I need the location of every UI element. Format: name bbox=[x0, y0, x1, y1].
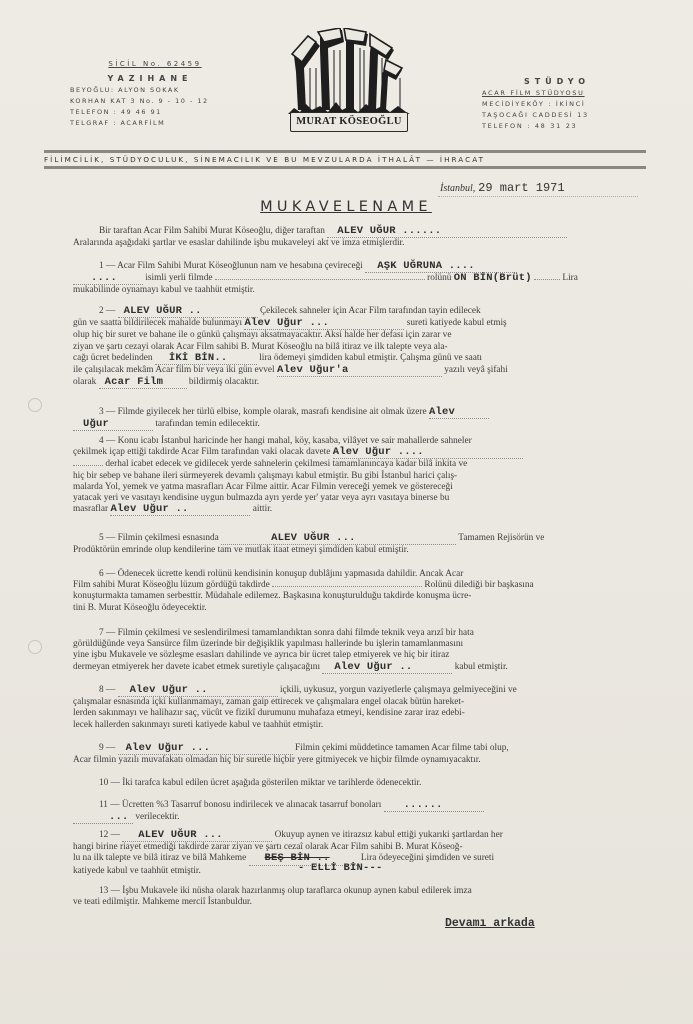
article-4-text: hiç bir sebep ve bahane ileri sürmeyerek… bbox=[73, 471, 619, 482]
article-1-text: isimli yerli filmde bbox=[145, 273, 212, 283]
article-11: 11 — Ücretten %3 Tasarruf bonosu indiril… bbox=[73, 800, 619, 824]
fee-field: ON BİN(Brüt) bbox=[454, 272, 532, 284]
article-2-text: olarak bbox=[73, 377, 96, 387]
acar-film-logo-icon bbox=[284, 28, 414, 118]
article-1: 1 — Acar Film Sahibi Murat Köseoğlunun n… bbox=[73, 261, 619, 297]
article-6-text: Rolünü dilediği bir başkasına bbox=[424, 580, 533, 590]
article-3: 3 — Filmde giyilecek her türlü elbise, k… bbox=[73, 407, 619, 431]
actor-name-field: Alev bbox=[429, 406, 455, 418]
actor-name-field: Alev Uğur ... bbox=[244, 317, 329, 329]
logo-banner: MURAT KÖSEOĞLU bbox=[290, 112, 408, 132]
article-11-text: verilecektir. bbox=[135, 812, 179, 822]
article-7-text: 7 — Filmin çekilmesi ve seslendirilmesi … bbox=[99, 628, 474, 638]
article-7-text: dermeyan etmiyerek her davete icabet etm… bbox=[73, 662, 320, 672]
article-11-text: 11 — Ücretten %3 Tasarruf bonosu indiril… bbox=[99, 800, 381, 810]
punch-hole bbox=[28, 398, 42, 412]
studio-address-line: MECİDİYEKÖY : İKİNCİ bbox=[482, 99, 632, 110]
article-2-text: lira ödemeyi şimdiden kabul etmiştir. Ça… bbox=[259, 353, 482, 363]
band-rule-top bbox=[44, 150, 646, 153]
article-number: 9 — bbox=[99, 743, 115, 753]
actor-name-field: ALEV UĞUR ... bbox=[271, 532, 356, 544]
article-8-text: çalışmalar esnasında içki kullanmamayı, … bbox=[73, 697, 619, 708]
article-8-text: lecek hallerden sakınmayı sureti katiyed… bbox=[73, 720, 619, 731]
article-9: 9 — Alev Uğur ... Filmin çekimi müddetin… bbox=[73, 743, 619, 766]
letterhead-studio-block: STÜDYO ACAR FİLM STÜDYOSU MECİDİYEKÖY : … bbox=[482, 77, 632, 132]
article-12-text: Okuyup aynen ve itirazsız kabul ettiği y… bbox=[275, 830, 503, 840]
actor-name-field: Uğur bbox=[83, 418, 109, 430]
contract-page: SİCİL No. 62459 YAZIHANE BEYOĞLU: ALYON … bbox=[0, 0, 693, 1024]
corrected-penalty-field: - ELLİ BİN--- bbox=[298, 863, 383, 874]
article-2-text: cağı ücret bedelinden bbox=[73, 353, 153, 363]
article-4-text: aittir. bbox=[253, 504, 272, 514]
article-1-text: rolünü bbox=[427, 273, 451, 283]
punch-hole bbox=[28, 640, 42, 654]
studio-title: STÜDYO bbox=[482, 77, 632, 86]
article-12-text: hangi birine riayet etmediği takdirde za… bbox=[73, 842, 619, 853]
article-6-text: tini B. Murat Köseoğlu ödeyecektir. bbox=[73, 603, 619, 614]
article-7: 7 — Filmin çekilmesi ve seslendirilmesi … bbox=[73, 628, 619, 674]
penalty-amount-field: İKİ BİN.. bbox=[169, 352, 228, 364]
article-7-text: kabul etmiştir. bbox=[455, 662, 508, 672]
date-rule bbox=[438, 196, 638, 197]
letterhead-office-block: SİCİL No. 62459 YAZIHANE BEYOĞLU: ALYON … bbox=[70, 60, 230, 129]
film-title-field: AŞK UĞRUNA .... bbox=[377, 260, 475, 272]
article-12-text: lu na ilk talepte ve bilâ itiraz ve bilâ… bbox=[73, 853, 246, 863]
article-2-text: Çekilecek sahneler için Acar Film tarafı… bbox=[260, 306, 481, 316]
article-8-text: içkili, uykusuz, yorgun vaziyetlerle çal… bbox=[280, 685, 517, 695]
article-1-text: mukabilinde oynamayı kabul ve taahhüt et… bbox=[73, 285, 619, 296]
article-5: 5 — Filmin çekilmesi esnasında ALEV UĞUR… bbox=[73, 533, 619, 556]
article-4: 4 — Konu icabı İstanbul haricinde her ha… bbox=[73, 436, 619, 516]
continued-on-back-note: Devamı arkada bbox=[445, 917, 535, 930]
studio-name: ACAR FİLM STÜDYOSU bbox=[482, 88, 632, 99]
article-number: 12 — bbox=[99, 830, 120, 840]
article-8: 8 — Alev Uğur .. içkili, uykusuz, yorgun… bbox=[73, 685, 619, 731]
actor-name-field: Alev Uğur .. bbox=[110, 503, 188, 515]
film-title-field-cont: .... bbox=[91, 272, 117, 284]
article-9-text: Filmin çekimi müddetince tamamen Acar fi… bbox=[295, 743, 509, 753]
article-number: 2 — bbox=[99, 306, 115, 316]
studio-address-line: TAŞOCAĞI CADDESİ 13 bbox=[482, 110, 632, 121]
article-6-text: konuşturmakta tamamen serbesttir. Müdaha… bbox=[73, 591, 619, 602]
article-3-text: 3 — Filmde giyilecek her türlü elbise, k… bbox=[99, 407, 427, 417]
article-6-text: Film sahibi Murat Köseoğlu lüzum gördüğü… bbox=[73, 580, 270, 590]
article-6-text: 6 — Ödenecek ücrette kendi rolünü kendis… bbox=[99, 569, 463, 579]
savings-bond-field: ...... bbox=[404, 799, 443, 811]
article-4-text: 4 — Konu icabı İstanbul haricinde her ha… bbox=[99, 436, 472, 446]
actor-name-field: Alev Uğur ... bbox=[126, 742, 211, 754]
article-1-text: 1 — Acar Film Sahibi Murat Köseoğlunun n… bbox=[99, 261, 363, 271]
studio-phone: TELEFON : 48 31 23 bbox=[482, 121, 632, 132]
article-2-text: ziyan ve şartı cezayi olarak Acar Film s… bbox=[73, 342, 619, 353]
actor-name-field: ALEV UĞUR ... bbox=[138, 829, 223, 841]
office-phone: TELEFON : 49 46 91 bbox=[70, 107, 230, 118]
date-city: İstanbul, bbox=[440, 183, 475, 194]
article-4-text: çekilmek içap ettiği takdirde Acar Film … bbox=[73, 447, 330, 457]
article-4-text: masraflar bbox=[73, 504, 108, 514]
contract-date: İstanbul, 29 mart 1971 bbox=[440, 181, 565, 195]
article-2-text: ile çalışılacak mekâm Acar film bir veya… bbox=[73, 365, 275, 375]
actor-name-field: ALEV UĞUR .. bbox=[124, 305, 202, 317]
notifier-field: Acar Film bbox=[105, 376, 164, 388]
article-2: 2 — ALEV UĞUR .. Çekilecek sahneler için… bbox=[73, 306, 619, 389]
article-5-text: 5 — Filmin çekilmesi esnasında bbox=[99, 533, 219, 543]
office-telegraph: TELGRAF : ACARFİLM bbox=[70, 118, 230, 129]
article-13-text: ve teati edilmiştir. Mahkeme merciî İsta… bbox=[73, 897, 619, 908]
article-3-text: tarafından temin edilecektir. bbox=[155, 419, 260, 429]
office-address-line: BEYOĞLU: ALYON SOKAK bbox=[70, 85, 230, 96]
article-12: 12 — ALEV UĞUR ... Okuyup aynen ve itira… bbox=[73, 830, 619, 877]
actor-name-field: Alev Uğur'a bbox=[277, 364, 349, 376]
article-5-text: Prodüktörün emrinde olup kendilerine tam… bbox=[73, 545, 619, 556]
article-1-text: Lira bbox=[562, 273, 577, 283]
registry-number: SİCİL No. 62459 bbox=[80, 60, 230, 68]
intro-text: Aralarında aşağıdaki şartlar ve esaslar … bbox=[73, 238, 619, 249]
article-10-text: 10 — İki tarafca kabul edilen ücret aşağ… bbox=[99, 778, 421, 788]
article-2-text: sureti katiyede kabul etmiş bbox=[407, 318, 507, 328]
date-value: 29 mart 1971 bbox=[478, 181, 564, 195]
article-4-text: derhal icabet edecek ve gidilecek yerde … bbox=[105, 459, 467, 469]
business-slogan: FİLİMCİLİK, STÜDYOCULUK, SİNEMACILIK VE … bbox=[44, 155, 646, 164]
article-10: 10 — İki tarafca kabul edilen ücret aşağ… bbox=[73, 778, 619, 789]
article-13-text: 13 — İşbu Mukavele iki nüsha olarak hazı… bbox=[99, 886, 472, 896]
article-9-text: Acar filmin yazılı muvafakatı olmadan hi… bbox=[73, 755, 619, 766]
article-2-text: olup hiç bir suret ve bahane ile o günkü… bbox=[73, 330, 619, 341]
savings-bond-field-cont: ... bbox=[109, 811, 129, 823]
band-rule-bottom bbox=[44, 166, 646, 169]
article-5-text: Tamamen Rejisörün ve bbox=[458, 533, 544, 543]
article-13: 13 — İşbu Mukavele iki nüsha olarak hazı… bbox=[73, 886, 619, 908]
article-7-text: yine işbu Mukavele ve sözleşme esasları … bbox=[73, 650, 619, 661]
article-2-text: gün ve saatta bildirilecek mahalde bulun… bbox=[73, 318, 242, 328]
acar-film-logo: MURAT KÖSEOĞLU bbox=[284, 28, 414, 140]
article-7-text: görüldüğünde veya Sansürce film üzerinde… bbox=[73, 639, 619, 650]
document-title: MUKAVELENAME bbox=[236, 199, 456, 215]
article-2-text: bildirmiş olacaktır. bbox=[189, 377, 259, 387]
article-4-text: malarda Yol, yemek ve yatma masrafları A… bbox=[73, 482, 619, 493]
article-number: 8 — bbox=[99, 685, 115, 695]
article-2-text: yazılı veyâ şifahi bbox=[444, 365, 508, 375]
office-title: YAZIHANE bbox=[70, 74, 230, 83]
article-8-text: lerden sakınmayı ve halihazır saç, vücût… bbox=[73, 708, 619, 719]
actor-name-field: Alev Uğur .. bbox=[334, 661, 412, 673]
intro-paragraph: Bir taraftan Acar Film Sahibi Murat Köse… bbox=[73, 226, 619, 249]
party-name-field: ALEV UĞUR ...... bbox=[337, 225, 441, 237]
office-address-line: KORHAN KAT 3 No. 9 - 10 - 12 bbox=[70, 96, 230, 107]
intro-text: Bir taraftan Acar Film Sahibi Murat Köse… bbox=[99, 226, 325, 236]
actor-name-field: Alev Uğur .. bbox=[130, 684, 208, 696]
article-6: 6 — Ödenecek ücrette kendi rolünü kendis… bbox=[73, 569, 619, 614]
actor-name-field: Alev Uğur .... bbox=[333, 446, 424, 458]
